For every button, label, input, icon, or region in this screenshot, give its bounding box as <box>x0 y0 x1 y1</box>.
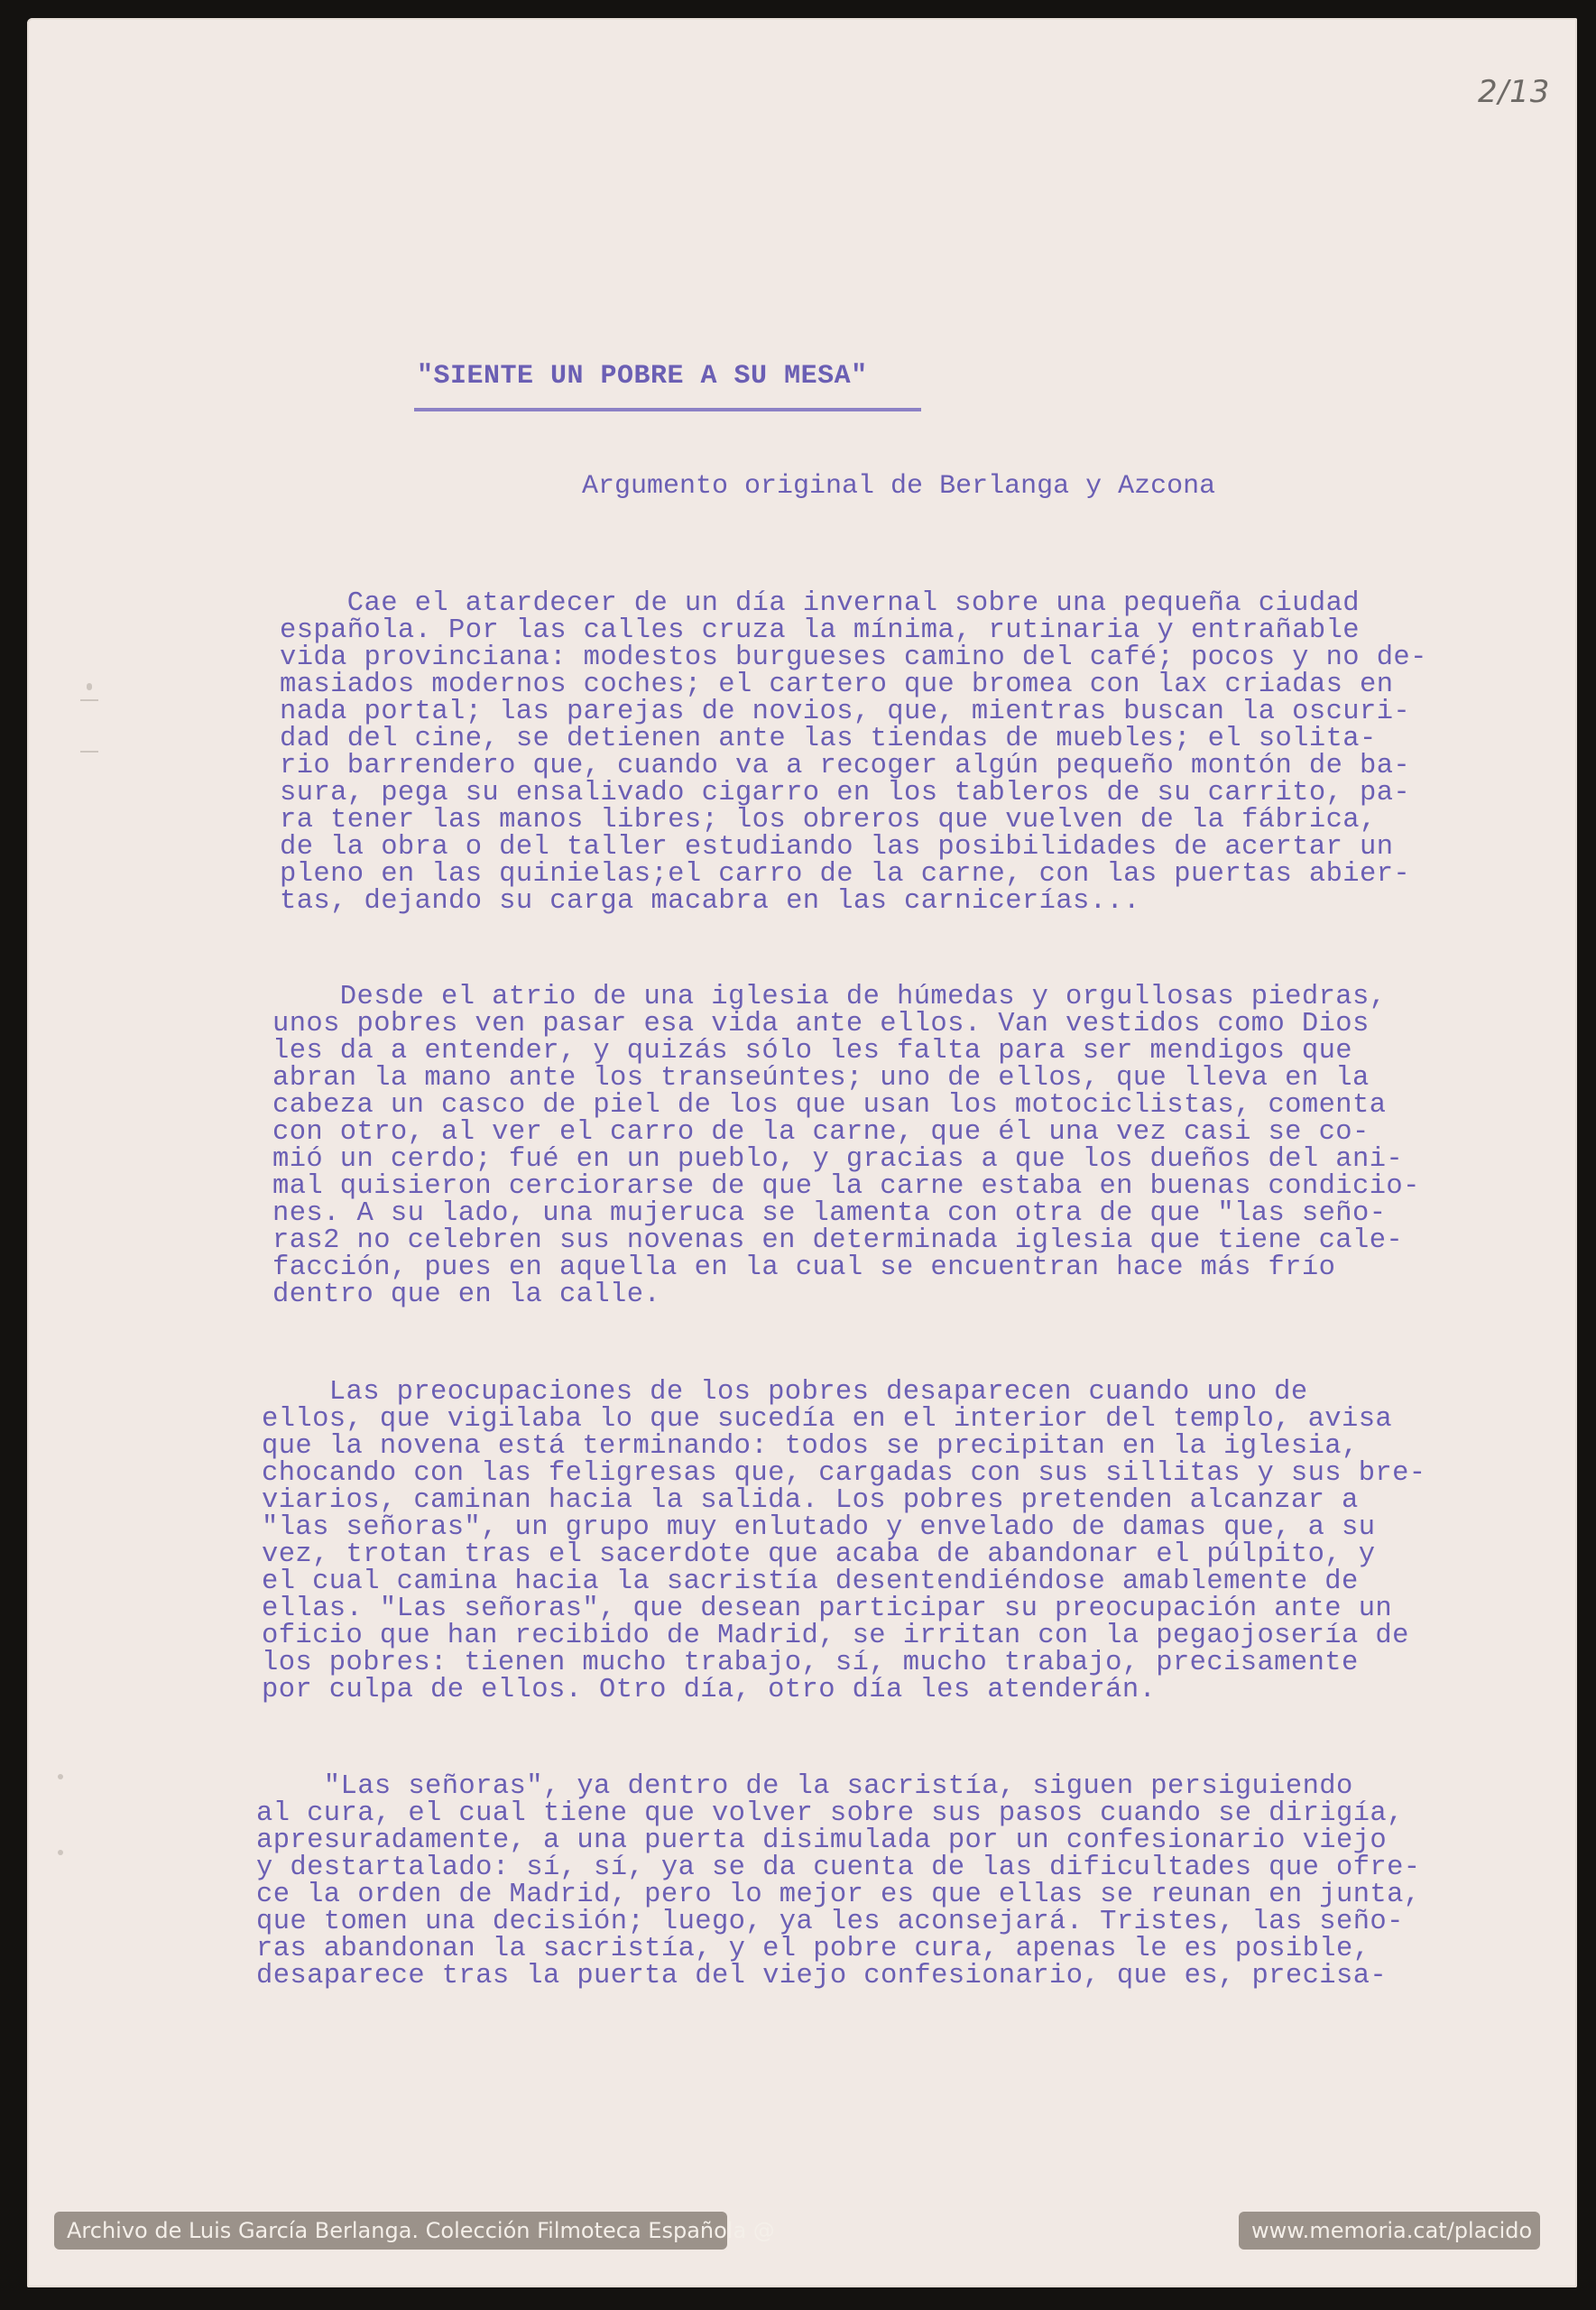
text-line: facción, pues en aquella en la cual se e… <box>272 1254 1335 1281</box>
text-line: ra tener las manos libres; los obreros q… <box>280 807 1377 834</box>
text-line: apresuradamente, a una puerta disimulada… <box>256 1827 1387 1854</box>
text-line: ras abandonan la sacristía, y el pobre c… <box>256 1936 1370 1963</box>
text-line: ellas. "Las señoras", que desean partici… <box>262 1595 1392 1622</box>
text-line: dad del cine, se detienen ante las tiend… <box>280 725 1377 753</box>
text-line: tas, dejando su carga macabra en las car… <box>280 888 1140 915</box>
text-line: masiados modernos coches; el cartero que… <box>280 671 1393 698</box>
margin-mark <box>80 699 98 701</box>
text-line: vez, trotan tras el sacerdote que acaba … <box>262 1541 1375 1568</box>
text-line: abran la mano ante los transeúntes; uno … <box>272 1065 1370 1092</box>
text-line: dentro que en la calle. <box>272 1281 660 1308</box>
text-line: de la obra o del taller estudiando las p… <box>280 834 1393 861</box>
text-line: mió un cerdo; fué en un pueblo, y gracia… <box>272 1146 1403 1173</box>
text-line: que tomen una decisión; luego, ya les ac… <box>256 1908 1404 1936</box>
text-line: desaparece tras la puerta del viejo conf… <box>256 1963 1387 1990</box>
text-line: con otro, al ver el carro de la carne, q… <box>272 1119 1370 1146</box>
document-subtitle: Argumento original de Berlanga y Azcona <box>582 471 1215 502</box>
text-line: "Las señoras", ya dentro de la sacristía… <box>256 1773 1353 1800</box>
text-line: oficio que han recibido de Madrid, se ir… <box>262 1622 1409 1649</box>
text-line: sura, pega su ensalivado cigarro en los … <box>280 780 1410 807</box>
text-line: mal quisieron cerciorarse de que la carn… <box>272 1173 1420 1200</box>
text-line: vida provinciana: modestos burgueses cam… <box>280 644 1427 671</box>
text-line: ras2 no celebren sus novenas en determin… <box>272 1227 1403 1254</box>
text-line: española. Por las calles cruza la mínima… <box>280 617 1360 644</box>
text-line: nada portal; las parejas de novios, que,… <box>280 698 1410 725</box>
margin-mark <box>87 683 92 690</box>
text-line: los pobres: tienen mucho trabajo, sí, mu… <box>262 1649 1359 1677</box>
text-line: el cual camina hacia la sacristía desent… <box>262 1568 1359 1595</box>
title-underline <box>414 408 921 411</box>
text-line: "las señoras", un grupo muy enlutado y e… <box>262 1514 1375 1541</box>
text-line: nes. A su lado, una mujeruca se lamenta … <box>272 1200 1386 1227</box>
text-line: ce la orden de Madrid, pero lo mejor es … <box>256 1881 1421 1908</box>
margin-mark <box>80 751 98 753</box>
document-title: "SIENTE UN POBRE A SU MESA" <box>417 361 868 392</box>
website-watermark[interactable]: www.memoria.cat/placido <box>1239 2212 1540 2250</box>
text-line: al cura, el cual tiene que volver sobre … <box>256 1800 1404 1827</box>
text-line: pleno en las quinielas;el carro de la ca… <box>280 861 1410 888</box>
text-line: cabeza un casco de piel de los que usan … <box>272 1092 1386 1119</box>
text-line: chocando con las feligresas que, cargada… <box>262 1460 1426 1487</box>
text-line: ellos, que vigilaba lo que sucedía en el… <box>262 1406 1392 1433</box>
archive-credit-watermark: Archivo de Luis García Berlanga. Colecci… <box>54 2212 727 2250</box>
text-line: y destartalado: sí, sí, ya se da cuenta … <box>256 1854 1421 1881</box>
text-line: Desde el atrio de una iglesia de húmedas… <box>272 984 1386 1011</box>
text-line: que la novena está terminando: todos se … <box>262 1433 1359 1460</box>
text-line: les da a entender, y quizás sólo les fal… <box>272 1038 1352 1065</box>
text-line: Las preocupaciones de los pobres desapar… <box>262 1379 1308 1406</box>
page-number: 2/13 <box>1478 74 1550 110</box>
text-line: unos pobres ven pasar esa vida ante ello… <box>272 1011 1370 1038</box>
margin-mark <box>58 1774 63 1779</box>
text-line: rio barrendero que, cuando va a recoger … <box>280 753 1410 780</box>
text-line: Cae el atardecer de un día invernal sobr… <box>280 590 1360 617</box>
text-line: viarios, caminan hacia la salida. Los po… <box>262 1487 1359 1514</box>
text-line: por culpa de ellos. Otro día, otro día l… <box>262 1677 1156 1704</box>
margin-mark <box>58 1850 63 1855</box>
